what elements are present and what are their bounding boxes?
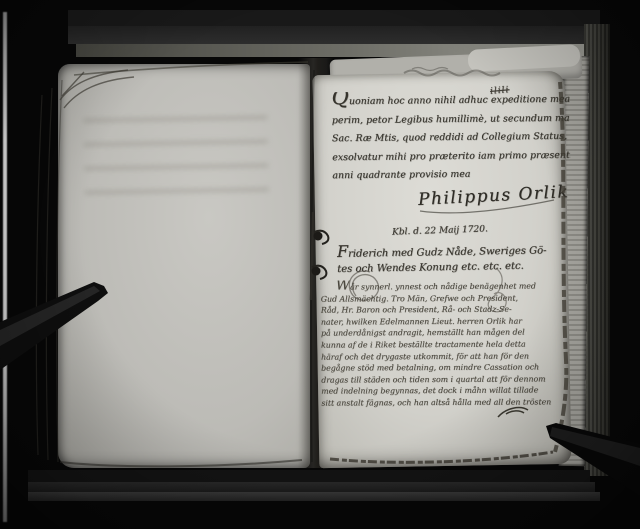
table-bottom-band [28, 482, 595, 492]
body-paragraph: Wår synnerl. ynnest och nådige benägenhe… [321, 279, 564, 409]
latin-line: anni quadrante provisio mea [332, 165, 570, 186]
latin-line: Quoniam hoc anno nihil adhuc expeditione… [332, 90, 570, 112]
latin-line: Sac. Ræ Mtis, quod reddidi ad Collegium … [332, 128, 570, 149]
body-line: Wår synnerl. ynnest och nådige benägenhe… [321, 279, 563, 293]
body-line: sitt anstalt fägnas, och han altså hålla… [321, 396, 563, 409]
latin-line: perim, petor Legibus humillimè, ut secun… [332, 109, 570, 130]
table-bottom-highlight [28, 492, 600, 501]
left-page-ghost-bleedthrough [83, 108, 268, 195]
body-line: begågne stöd med betalning, om mindre Ca… [321, 362, 563, 375]
archival-photo-manuscript: ilili Quoniam hoc anno nihil adhuc exped… [0, 0, 640, 529]
latin-line: exsolvatur mihi pro præterito iam primo … [332, 146, 570, 167]
latin-note: Quoniam hoc anno nihil adhuc expeditione… [332, 90, 571, 186]
table-top-band-outer [68, 10, 600, 26]
royal-heading: Friderich med Gudz Nåde, Sweriges Gö- te… [337, 240, 566, 277]
table-top-band-inner [68, 26, 596, 44]
book-bottom-shadow [28, 470, 590, 482]
frame-light-edge [3, 12, 7, 522]
